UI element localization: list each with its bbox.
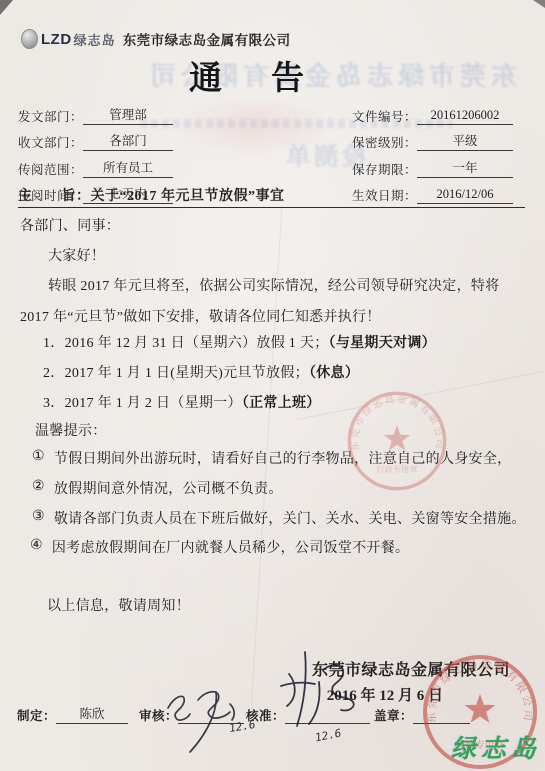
meta-value: 平级 xyxy=(417,133,513,151)
holiday-item-3: 3．2017 年 1 月 2 日（星期一）（正常上班） xyxy=(43,392,321,412)
sign-label: 盖章： xyxy=(374,706,413,724)
header-divider xyxy=(18,207,525,208)
tip-number: ③ xyxy=(32,508,45,528)
subject-line: 主 旨：关于“2017 年元旦节放假”事宜 xyxy=(18,185,285,205)
meta-value: 20161206002 xyxy=(417,107,513,125)
company-seal-faint: 东莞市绿志岛金属有限公司 行政专用章 xyxy=(345,389,449,493)
tip-text: 节假日期间外出游玩时，请看好自己的行李物品，注意自己的人身安全， xyxy=(54,448,512,468)
tip-2: ②放假期间意外情况，公司概不负责。 xyxy=(32,478,283,498)
salutation: 各部门、同事： xyxy=(20,215,120,235)
document-title: 通 告 xyxy=(189,61,312,97)
meta-label: 传阅范围： xyxy=(18,160,83,178)
tip-text: 因考虑放假期间在厂内就餐人员稀少，公司饭堂不开餐。 xyxy=(52,537,410,557)
lzd-oval-logo-icon xyxy=(21,29,38,49)
meta-label: 保存期限： xyxy=(352,160,417,178)
shenhe-handwritten-signature xyxy=(160,678,255,758)
meta-fields-right: 文件编号： 20161206002 保密级别： 平级 保存期限： 一年 生效日期… xyxy=(352,98,513,204)
sign-field-gaizhang: 盖章： xyxy=(374,706,470,724)
notice-document: 东莞市绿志岛金属有限公司 检测单 LZD 绿志岛 东莞市绿志岛金属有限公司 通 … xyxy=(0,0,545,771)
logo-brand-text: 绿志岛 xyxy=(74,30,116,49)
scan-corner-mark-left xyxy=(0,0,13,15)
meta-value: 2016/12/06 xyxy=(417,186,513,204)
tip-number: ④ xyxy=(30,537,43,557)
meta-value: 各部门 xyxy=(83,133,173,151)
sign-value: 陈欣 xyxy=(56,706,128,724)
meta-value: 管理部 xyxy=(83,107,173,125)
item-note: （与星期天对调） xyxy=(329,336,436,351)
holiday-item-1: 1．2016 年 12 月 31 日（星期六）放假 1 天；（与星期天对调） xyxy=(43,332,436,352)
document-title-wrap: 通 告 xyxy=(0,52,545,99)
meta-row: 生效日期： 2016/12/06 xyxy=(352,178,513,205)
meta-row: 保存期限： 一年 xyxy=(352,151,513,178)
svg-text:东莞市绿志岛金属有限公司: 东莞市绿志岛金属有限公司 xyxy=(349,393,445,451)
meta-row: 发文部门： 管理部 xyxy=(18,98,173,125)
sign-value xyxy=(413,706,470,724)
holiday-item-2: 2．2017 年 1 月 1 日(星期天)元旦节放假；（休息） xyxy=(43,362,359,382)
seal-star-icon xyxy=(384,425,410,450)
seal-ring-text: 东莞市绿志岛金属有限公司 xyxy=(349,393,445,451)
meta-label: 生效日期： xyxy=(352,186,417,204)
meta-label: 收文部门： xyxy=(18,133,83,151)
scan-corner-mark-right xyxy=(533,0,545,8)
company-name: 东莞市绿志岛金属有限公司 xyxy=(123,29,291,49)
logo-lzd-text: LZD xyxy=(41,31,72,48)
green-brand-mark: 绿志岛 xyxy=(451,729,541,765)
item-text: 2016 年 12 月 31 日（星期六）放假 1 天； xyxy=(65,336,329,351)
tips-title: 温馨提示： xyxy=(35,420,107,440)
letterhead: LZD 绿志岛 东莞市绿志岛金属有限公司 xyxy=(21,29,291,49)
sign-label: 制定： xyxy=(17,706,56,724)
tip-4: ④因考虑放假期间在厂内就餐人员稀少，公司饭堂不开餐。 xyxy=(30,537,409,557)
subject-label: 主 旨： xyxy=(18,189,91,204)
sign-field-zhiding: 制定： 陈欣 xyxy=(17,706,128,724)
meta-value: 所有员工 xyxy=(83,160,173,178)
intro-paragraph: 转眼 2017 年元旦将至，依据公司实际情况，经公司领导研究决定，特将 2017… xyxy=(20,272,525,333)
item-number: 1． xyxy=(43,336,65,351)
meta-row: 传阅范围： 所有员工 xyxy=(18,151,173,178)
tip-number: ① xyxy=(32,448,45,468)
meta-label: 发文部门： xyxy=(18,107,83,125)
meta-row: 收文部门： 各部门 xyxy=(18,125,173,152)
tip-text: 放假期间意外情况，公司概不负责。 xyxy=(54,478,283,498)
item-number: 3． xyxy=(43,396,65,411)
tip-1: ①节假日期间外出游玩时，请看好自己的行李物品，注意自己的人身安全， xyxy=(32,448,511,468)
closing-line: 以上信息，敬请周知！ xyxy=(47,595,190,615)
tip-text: 敬请各部门负责人员在下班后做好，关门、关水、关电、关窗等安全措施。 xyxy=(54,508,526,528)
item-note: （正常上班） xyxy=(242,396,321,411)
item-note: （休息） xyxy=(309,366,359,381)
item-text: 2017 年 1 月 2 日（星期一） xyxy=(65,396,242,411)
item-text: 2017 年 1 月 1 日(星期天)元旦节放假； xyxy=(65,366,309,381)
meta-label: 保密级别： xyxy=(352,133,417,151)
subject-value: 关于“2017 年元旦节放假”事宜 xyxy=(91,189,285,204)
meta-value: 一年 xyxy=(417,160,513,178)
meta-row: 文件编号： 20161206002 xyxy=(352,98,513,125)
tip-number: ② xyxy=(32,478,45,498)
meta-row: 保密级别： 平级 xyxy=(352,125,513,152)
greeting: 大家好！ xyxy=(48,245,105,265)
meta-label: 文件编号： xyxy=(352,107,417,125)
tip-3: ③敬请各部门负责人员在下班后做好，关门、关水、关电、关窗等安全措施。 xyxy=(32,508,526,528)
item-number: 2． xyxy=(43,366,65,381)
